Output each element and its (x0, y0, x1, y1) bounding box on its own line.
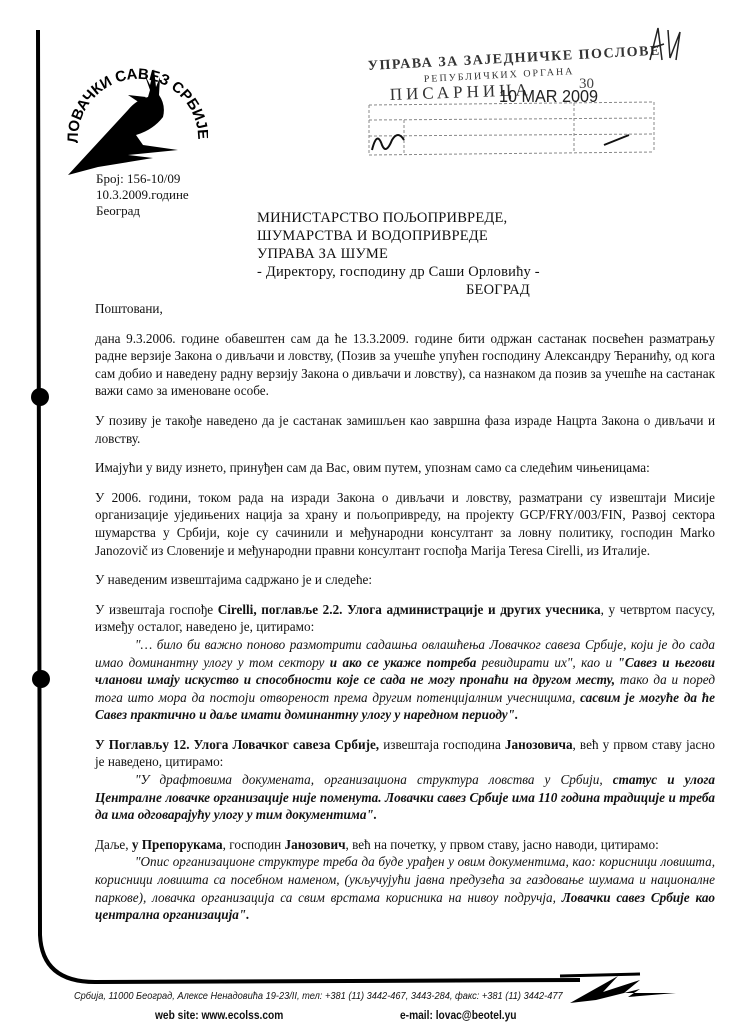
paragraph-6: У извештаја госпође Cirelli, поглавље 2.… (95, 601, 715, 636)
quote-2: "У драфтовима докумената, организациона … (95, 771, 715, 824)
paragraph-7: У Поглављу 12. Улога Ловачког савеза Срб… (95, 736, 715, 771)
punch-hole-icon (32, 670, 50, 688)
addressee-city: БЕОГРАД (257, 281, 540, 299)
addressee-department: УПРАВА ЗА ШУМЕ (257, 245, 540, 263)
handwritten-initials-icon (640, 20, 690, 70)
paragraph-2: У позиву је такође наведено да је састан… (95, 412, 715, 447)
letter-city: Београд (96, 203, 189, 219)
paragraph-5: У наведеним извештајима садржано је и сл… (95, 571, 715, 589)
svg-text:10 MAR 2009: 10 MAR 2009 (499, 86, 598, 106)
footer-website[interactable]: web site: www.ecolss.com (155, 1008, 283, 1022)
punch-hole-icon (31, 388, 49, 406)
footer-address: Србија, 11000 Београд, Алексе Ненадовића… (74, 990, 563, 1002)
addressee-block: МИНИСТАРСТВО ПОЉОПРИВРЕДЕ, ШУМАРСТВА И В… (257, 209, 540, 299)
swoosh-icon (570, 976, 676, 1003)
hunting-association-logo: ЛОВАЧКИ САВЕЗ СРБИЈЕ (58, 55, 208, 180)
quote-1: "… било би важно поново размотрити садаш… (95, 636, 715, 724)
registry-stamp: УПРАВА ЗА ЗАЈЕДНИЧКЕ ПОСЛОВЕ РЕПУБЛИЧКИХ… (364, 40, 664, 160)
paragraph-8: Даље, у Препорукама, господин Јанозович,… (95, 836, 715, 854)
addressee-director: - Директору, господину др Саши Орловићу … (257, 263, 540, 281)
letter-body: Поштовани, дана 9.3.2006. године обавешт… (95, 300, 715, 936)
letter-date: 10.3.2009.године (96, 187, 189, 203)
reference-number: Број: 156-10/09 (96, 171, 189, 187)
footer-email[interactable]: e-mail: lovac@beotel.yu (400, 1008, 517, 1022)
addressee-ministry-cont: ШУМАРСТВА И ВОДОПРИВРЕДЕ (257, 227, 540, 245)
salutation: Поштовани, (95, 300, 715, 318)
paragraph-4: У 2006. години, током рада на изради Зак… (95, 489, 715, 559)
signature-icon (372, 135, 404, 150)
quote-3: "Опис организационе структуре треба да б… (95, 853, 715, 923)
addressee-ministry: МИНИСТАРСТВО ПОЉОПРИВРЕДЕ, (257, 209, 540, 227)
reference-block: Број: 156-10/09 10.3.2009.године Београд (96, 171, 189, 219)
paragraph-1: дана 9.3.2006. године обавештен сам да ћ… (95, 330, 715, 400)
paragraph-3: Имајући у виду изнето, принуђен сам да В… (95, 459, 715, 477)
